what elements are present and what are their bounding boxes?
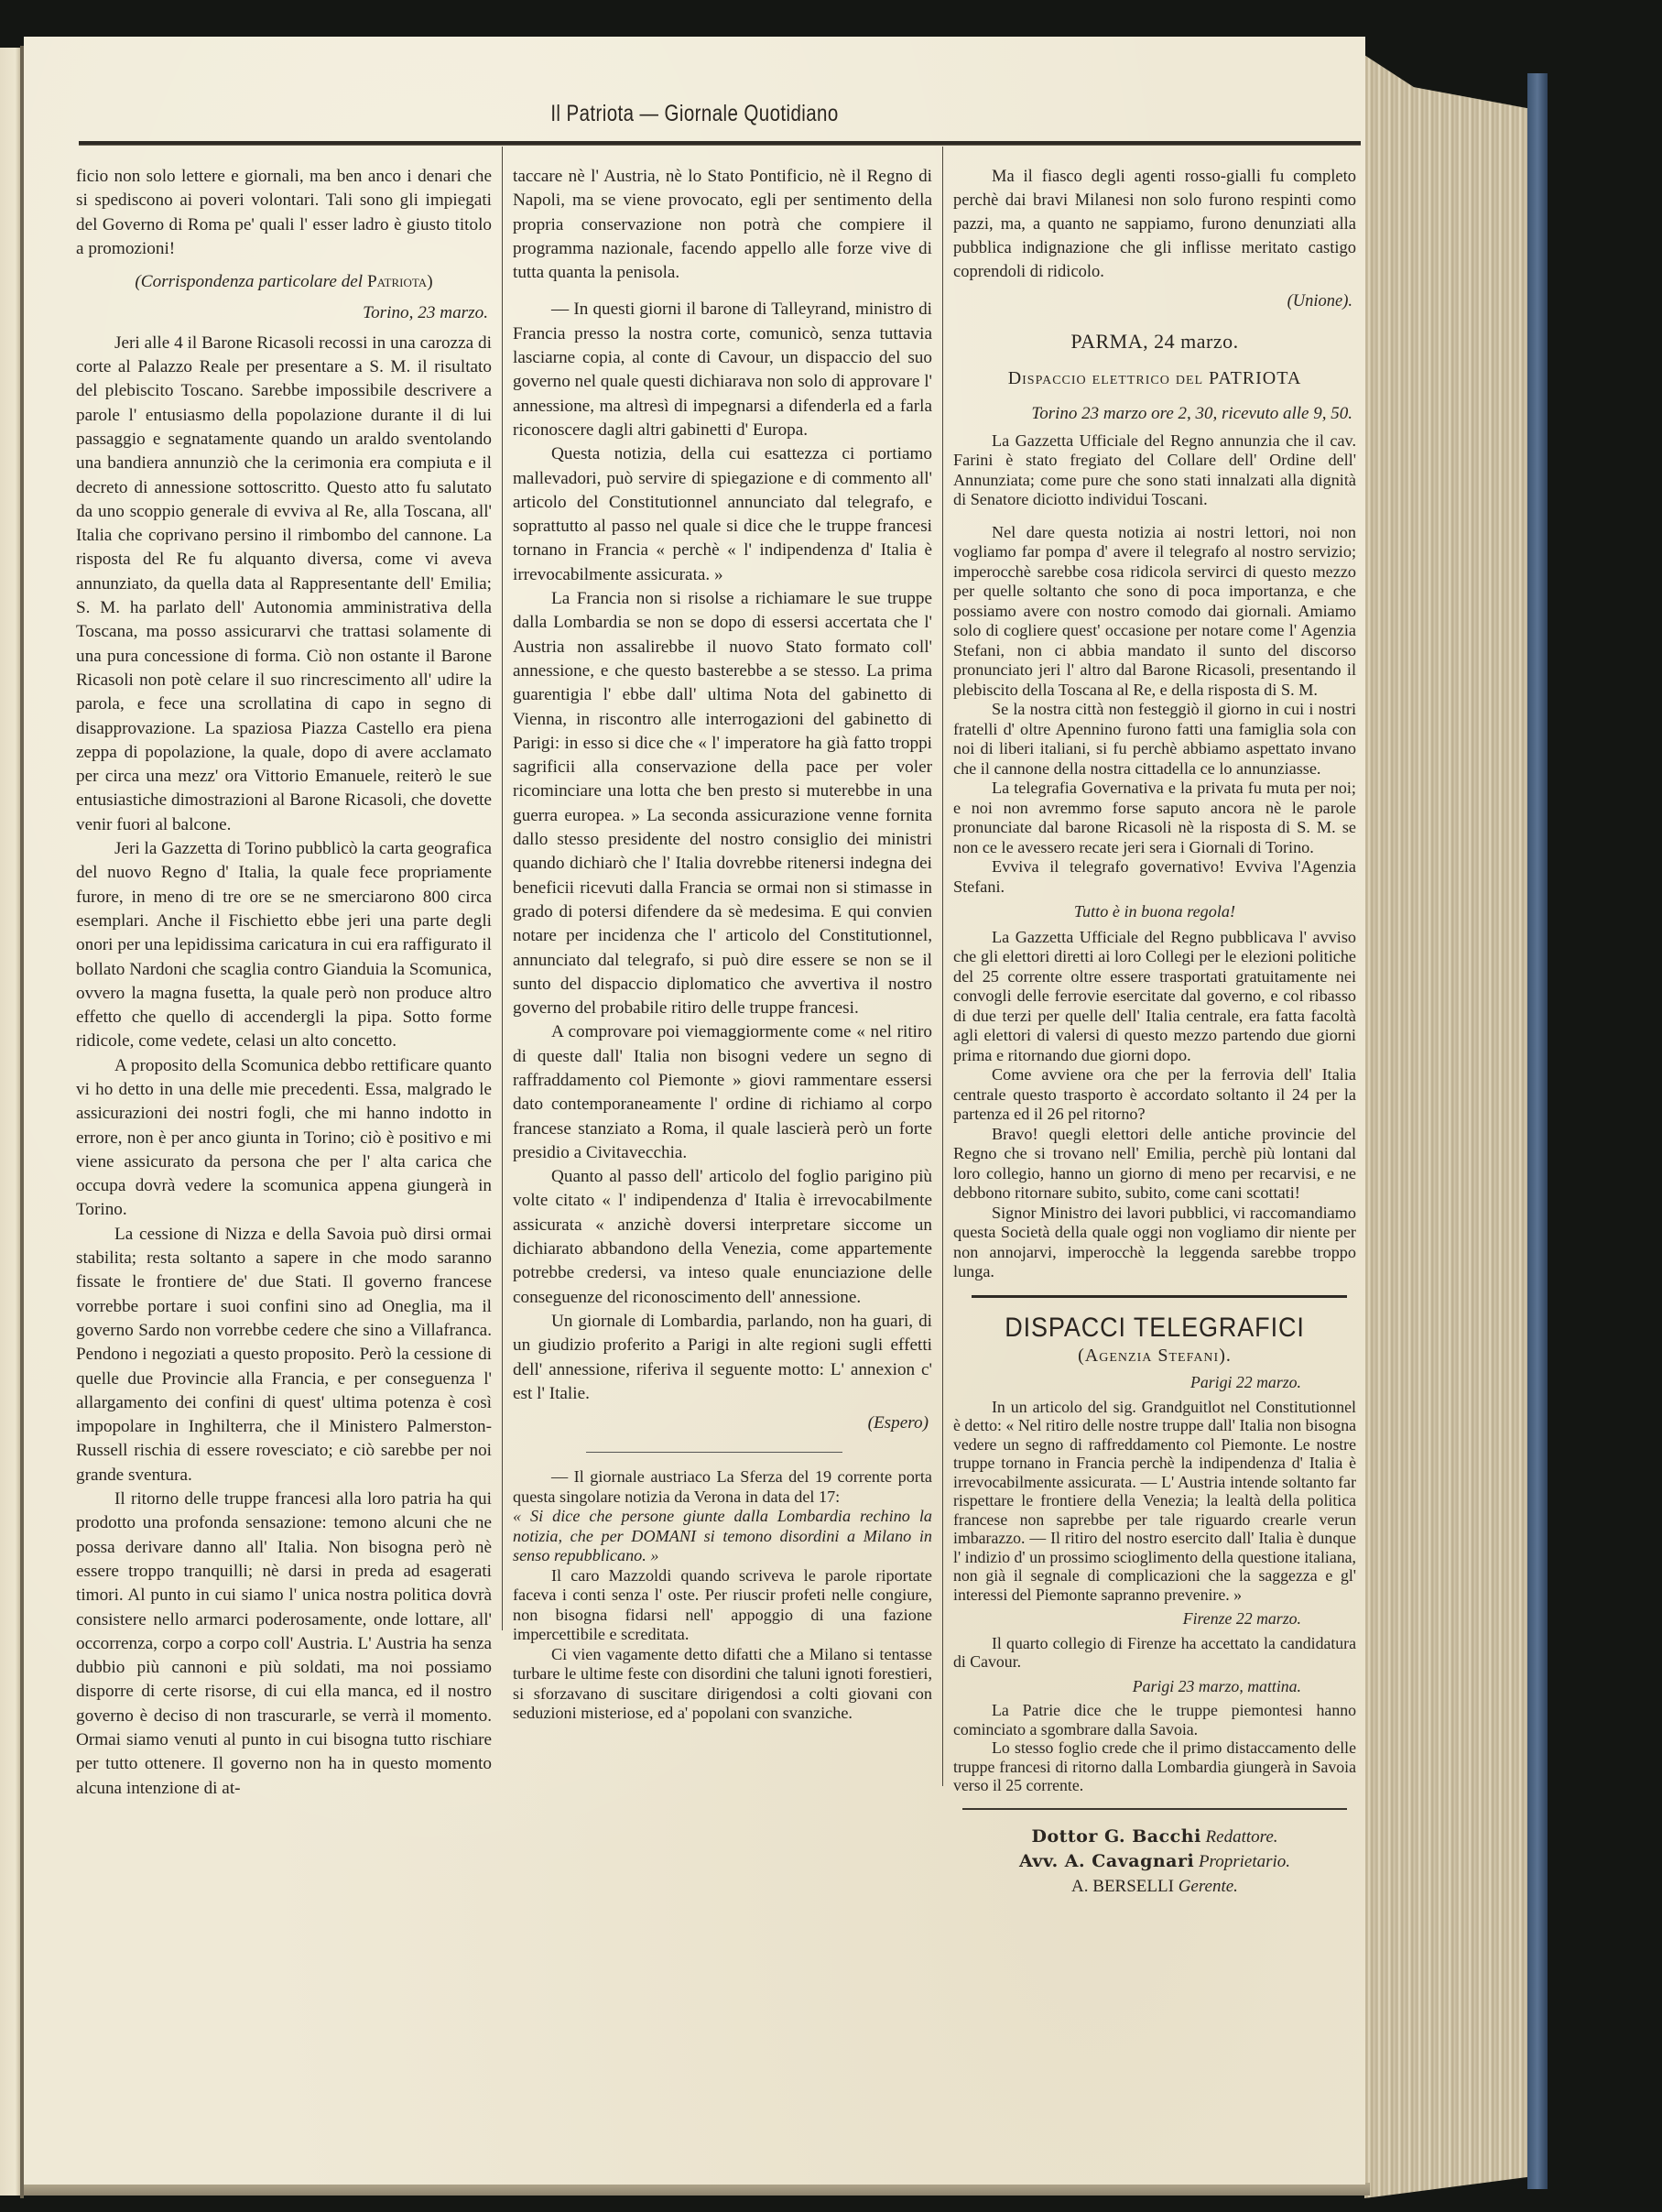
subheading: Tutto è in buona regola! — [953, 902, 1356, 922]
signature-editor: Dottor G. Bacchi Redattore. — [953, 1825, 1356, 1849]
paragraph: Nel dare questa notizia ai nostri lettor… — [953, 523, 1356, 701]
section-rule — [972, 1295, 1347, 1298]
paragraph: Come avviene ora che per la ferrovia del… — [953, 1065, 1356, 1125]
paragraph: A proposito della Scomunica debbo rettif… — [76, 1054, 492, 1223]
paragraph: La Gazzetta Ufficiale del Regno pubblica… — [953, 928, 1356, 1066]
paragraph: Questa notizia, della cui esattezza ci p… — [513, 442, 932, 587]
paragraph: La Gazzetta Ufficiale del Regno annunzia… — [953, 431, 1356, 510]
correspondence-note: (Corrispondenza particolare del Patriota… — [76, 270, 492, 294]
paragraph: Il ritorno delle truppe francesi alla lo… — [76, 1487, 492, 1801]
dispatch-heading: Dispaccio elettrico del PATRIOTA — [953, 366, 1356, 390]
paragraph: Quanto al passo dell' articolo del fogli… — [513, 1165, 932, 1310]
paragraph: Evviva il telegrafo governativo! Evviva … — [953, 857, 1356, 897]
telegram-text: Lo stesso foglio crede che il primo dist… — [953, 1738, 1356, 1795]
paragraph: Un giornale di Lombardia, parlando, non … — [513, 1310, 932, 1406]
signature-rule — [962, 1808, 1347, 1810]
paragraph: ficio non solo lettere e giornali, ma be… — [76, 165, 492, 261]
paragraph: La cessione di Nizza e della Savoia può … — [76, 1223, 492, 1487]
newspaper-page: Il Patriota — Giornale Quotidiano ficio … — [24, 37, 1365, 2185]
column-rule-1 — [502, 147, 503, 1630]
dateline: Firenze 22 marzo. — [953, 1609, 1356, 1629]
paragraph: La telegrafia Governativa e la privata f… — [953, 779, 1356, 857]
dateline: Parigi 23 marzo, mattina. — [953, 1677, 1356, 1696]
telegram-text: Il quarto collegio di Firenze ha accetta… — [953, 1634, 1356, 1672]
dispatch-time: Torino 23 marzo ore 2, 30, ricevuto alle… — [953, 402, 1356, 426]
column-1: ficio non solo lettere e giornali, ma be… — [76, 165, 492, 1801]
column-2: taccare nè l' Austria, nè lo Stato Ponti… — [513, 165, 932, 1724]
book-page-edges — [1364, 55, 1529, 2198]
divider — [586, 1452, 842, 1453]
paragraph: Ma il fiasco degli agenti rosso-gialli f… — [953, 165, 1356, 284]
column-rule-2 — [942, 147, 943, 1786]
header-rule — [79, 141, 1361, 146]
paragraph: Jeri la Gazzetta di Torino pubblicò la c… — [76, 837, 492, 1054]
signature-owner: Avv. A. Cavagnari Proprietario. — [953, 1849, 1356, 1874]
paragraph: Bravo! quegli elettori delle antiche pro… — [953, 1125, 1356, 1204]
telegrams-agency: (Agenzia Stefani). — [953, 1344, 1356, 1368]
paragraph: Jeri alle 4 il Barone Ricasoli recossi i… — [76, 332, 492, 837]
paragraph: Ci vien vagamente detto difatti che a Mi… — [513, 1645, 932, 1724]
paragraph: A comprovare poi viemaggiormente come « … — [513, 1020, 932, 1165]
source-attribution: (Espero) — [513, 1411, 932, 1435]
running-title: Il Patriota — Giornale Quotidiano — [145, 101, 1244, 127]
signature-manager: A. BERSELLI Gerente. — [953, 1874, 1356, 1899]
paragraph: Il caro Mazzoldi quando scriveva le paro… — [513, 1566, 932, 1645]
dateline: Torino, 23 marzo. — [76, 301, 492, 325]
paragraph: Se la nostra città non festeggiò il gior… — [953, 700, 1356, 779]
book-cover-edge — [1527, 73, 1548, 2189]
book-bottom-edge — [24, 2183, 1370, 2196]
parma-dateline: PARMA, 24 marzo. — [953, 330, 1356, 354]
paragraph: La Francia non si risolse a richiamare l… — [513, 587, 932, 1020]
telegrams-title: DISPACCI TELEGRAFICI — [973, 1316, 1336, 1340]
source-attribution: (Unione). — [953, 289, 1356, 313]
telegram-text: La Patrie dice che le truppe piemontesi … — [953, 1701, 1356, 1738]
column-3: Ma il fiasco degli agenti rosso-gialli f… — [953, 165, 1356, 1899]
signatures: Dottor G. Bacchi Redattore. Avv. A. Cava… — [953, 1825, 1356, 1899]
paragraph: taccare nè l' Austria, nè lo Stato Ponti… — [513, 165, 932, 285]
previous-page-edge — [0, 48, 22, 2196]
paragraph: Signor Ministro dei lavori pubblici, vi … — [953, 1204, 1356, 1282]
paragraph: — Il giornale austriaco La Sferza del 19… — [513, 1467, 932, 1507]
paragraph: — In questi giorni il barone di Talleyra… — [513, 298, 932, 442]
dateline: Parigi 22 marzo. — [953, 1373, 1356, 1392]
telegram-text: In un articolo del sig. Grandguitlot nel… — [953, 1398, 1356, 1605]
quoted-notice: « Si dice che persone giunte dalla Lomba… — [513, 1507, 932, 1566]
